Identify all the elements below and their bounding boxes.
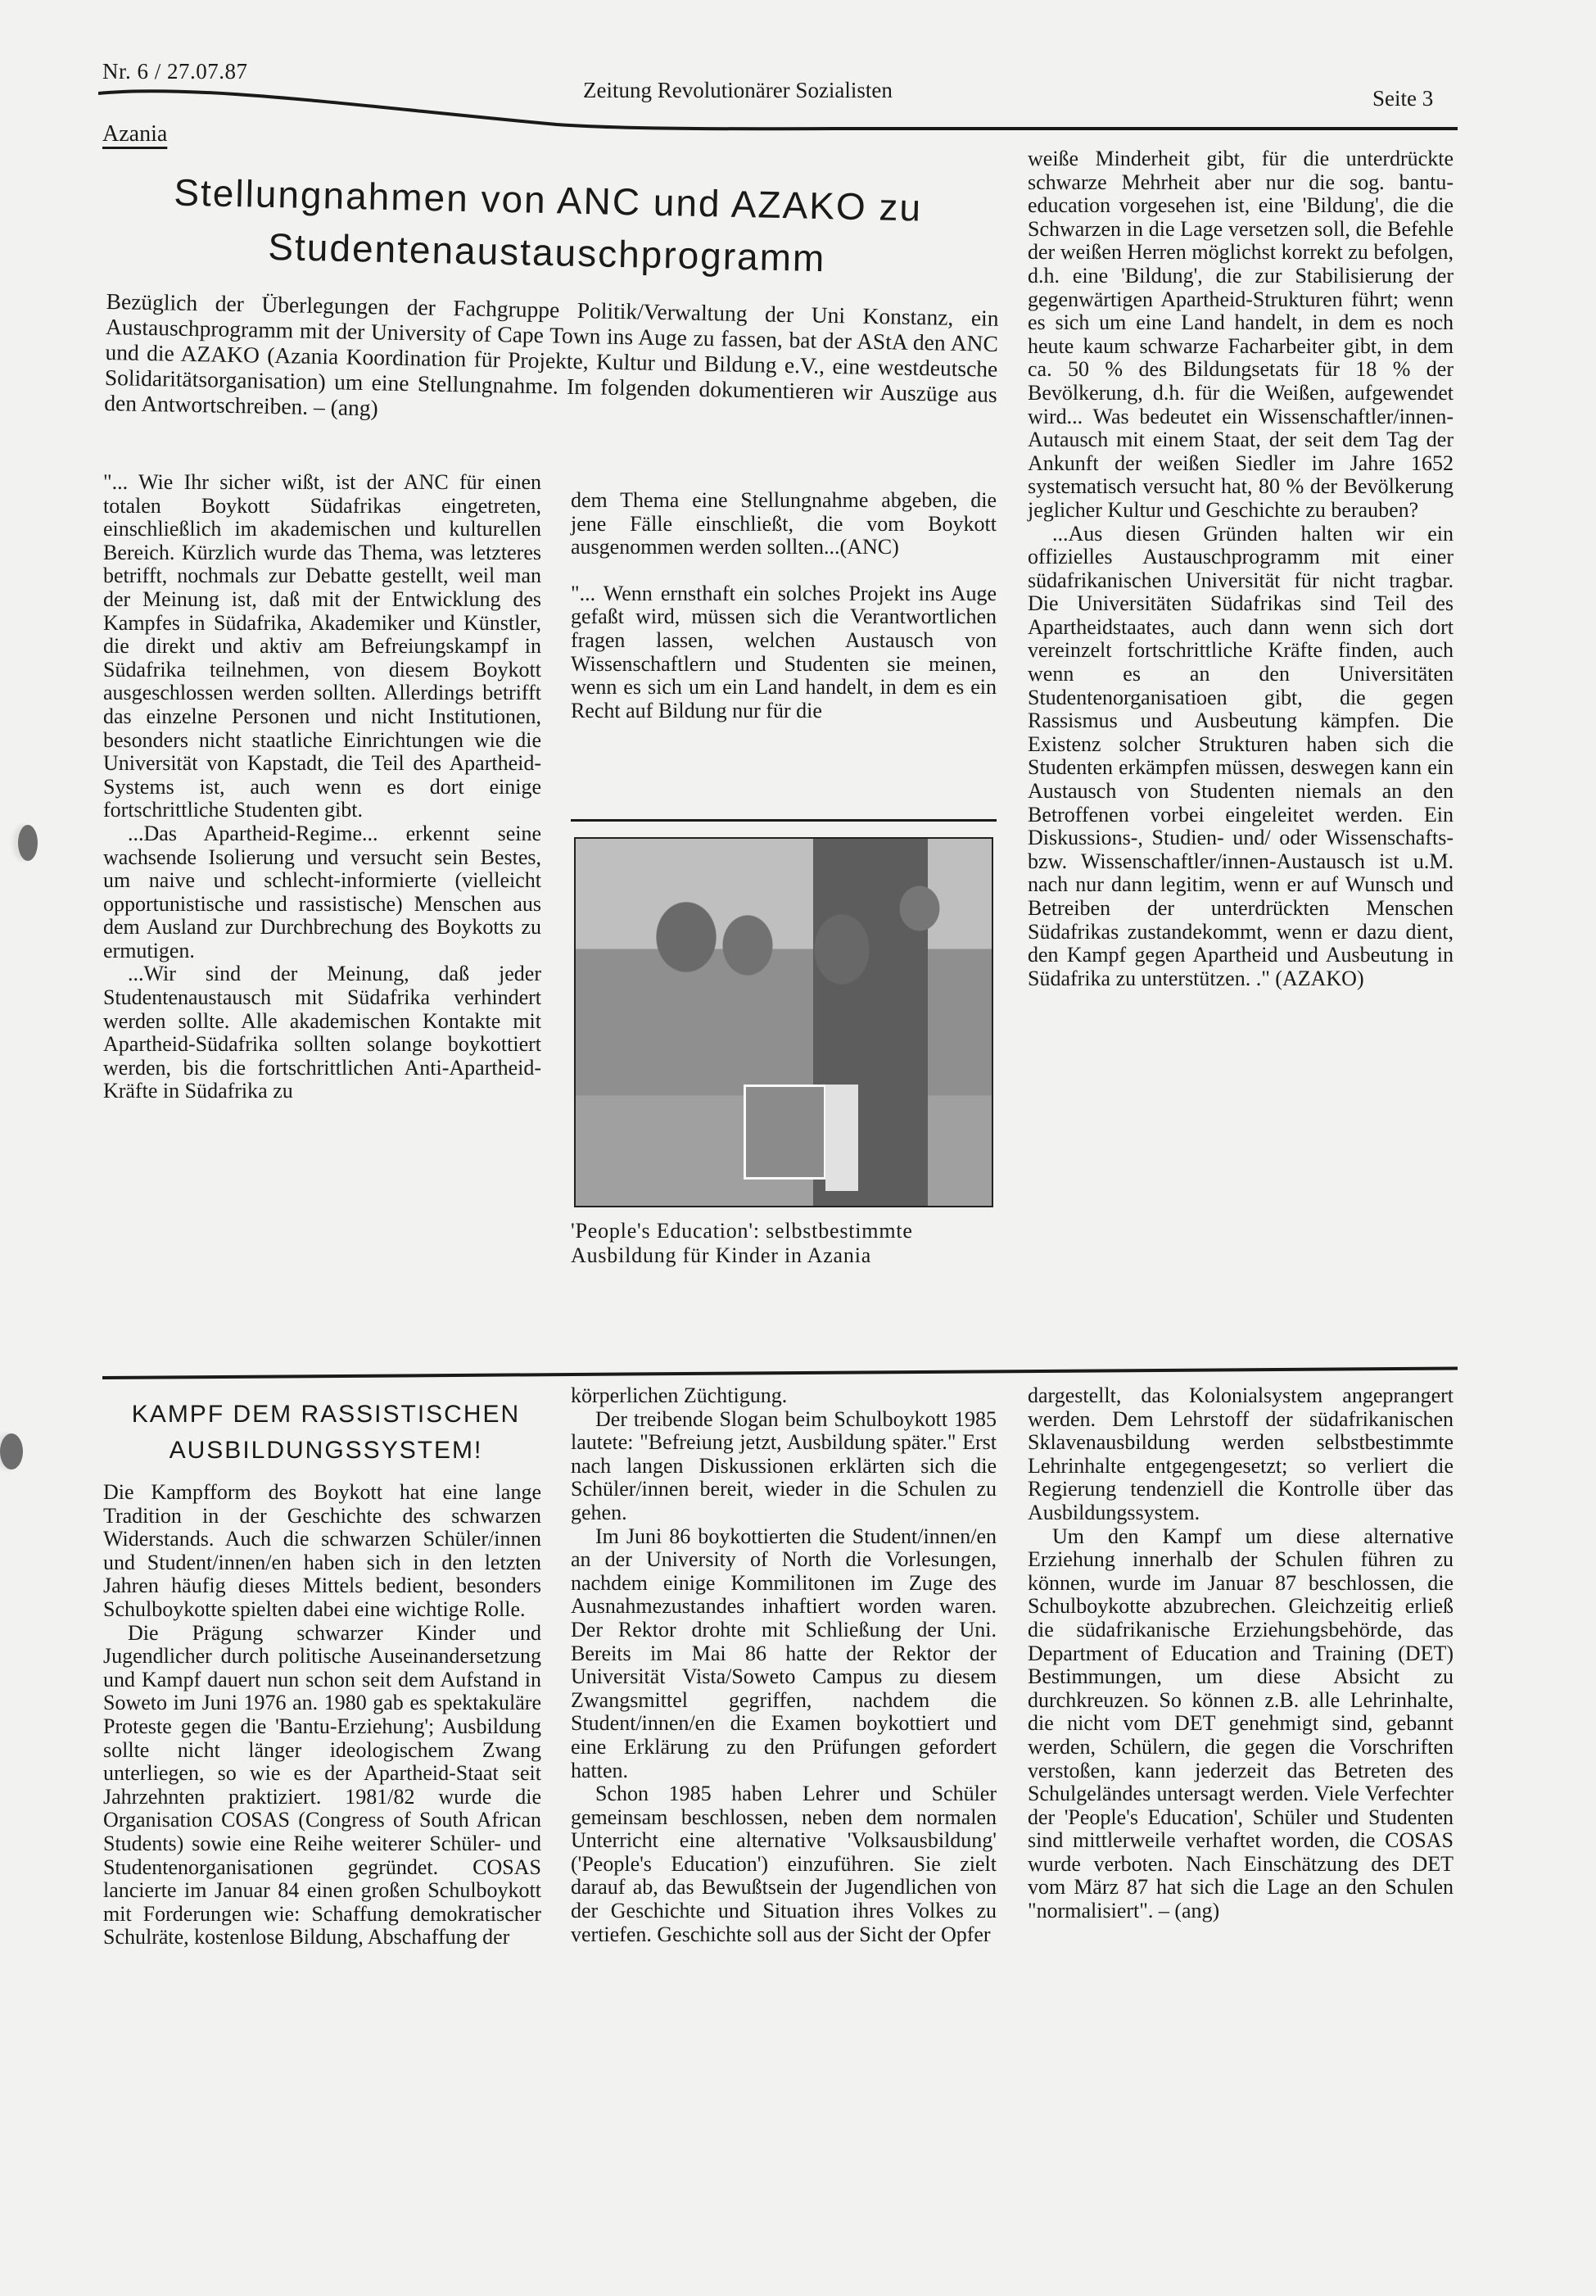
paragraph: ...Aus diesen Gründen halten wir ein off… [1028,523,1454,991]
article1-column-2: dem Thema eine Stellungnahme abgeben, di… [571,489,997,722]
article2-column-1: Die Kampfform des Boykott hat eine lange… [103,1481,541,1950]
paragraph: weiße Minderheit gibt, für die unterdrüc… [1028,147,1454,523]
header-divider [98,82,1458,131]
paragraph: "... Wenn ernsthaft ein solches Projekt … [571,582,997,723]
section-label: Azania [102,121,167,147]
paragraph: Der treibende Slogan beim Schulboykott 1… [571,1408,997,1525]
punch-hole-mark [0,1433,23,1470]
article1-column-1: "... Wie Ihr sicher wißt, ist der ANC fü… [103,471,541,1103]
paragraph: körperlichen Züchtigung. [571,1384,997,1408]
punch-hole-mark [18,825,38,861]
paragraph: ...Wir sind der Meinung, daß jeder Stude… [103,962,541,1103]
photo-detail-box [744,1085,826,1180]
photo-caption: 'People's Education': selbstbestimmte Au… [571,1219,1005,1268]
paragraph: Die Prägung schwarzer Kinder und Jugendl… [103,1622,541,1950]
issue-number: Nr. 6 / 27.07.87 [102,59,248,84]
headline-line-1: KAMPF DEM RASSISTISCHEN [113,1397,539,1433]
article2-headline: KAMPF DEM RASSISTISCHEN AUSBILDUNGSSYSTE… [113,1397,539,1469]
article1-column-3: weiße Minderheit gibt, für die unterdrüc… [1028,147,1454,990]
article-lead: Bezüglich der Überlegungen der Fachgrupp… [104,288,999,432]
photo-divider [571,819,997,822]
photo-detail-light [825,1085,858,1191]
paragraph: ...Das Apartheid-Regime... erkennt seine… [103,822,541,963]
article-divider [102,1366,1458,1379]
paragraph: Die Kampfform des Boykott hat eine lange… [103,1481,541,1622]
article-headline: Stellungnahmen von ANC und AZAKO zu Stud… [153,165,941,287]
paragraph: "... Wie Ihr sicher wißt, ist der ANC fü… [103,471,541,822]
newspaper-page: Nr. 6 / 27.07.87 Zeitung Revolutionärer … [0,0,1596,2296]
article2-column-2: körperlichen Züchtigung. Der treibende S… [571,1384,997,1946]
paragraph: Im Juni 86 boykottierten die Student/inn… [571,1525,997,1783]
headline-line-2: AUSBILDUNGSSYSTEM! [113,1433,539,1469]
paragraph: dem Thema eine Stellungnahme abgeben, di… [571,489,997,559]
paragraph: Schon 1985 haben Lehrer und Schüler geme… [571,1782,997,1946]
paragraph: dargestellt, das Kolonialsystem angepran… [1028,1384,1454,1525]
paragraph: Um den Kampf um diese alternative Erzieh… [1028,1525,1454,1923]
photo-people-education [574,837,993,1207]
article2-column-3: dargestellt, das Kolonialsystem angepran… [1028,1384,1454,1923]
